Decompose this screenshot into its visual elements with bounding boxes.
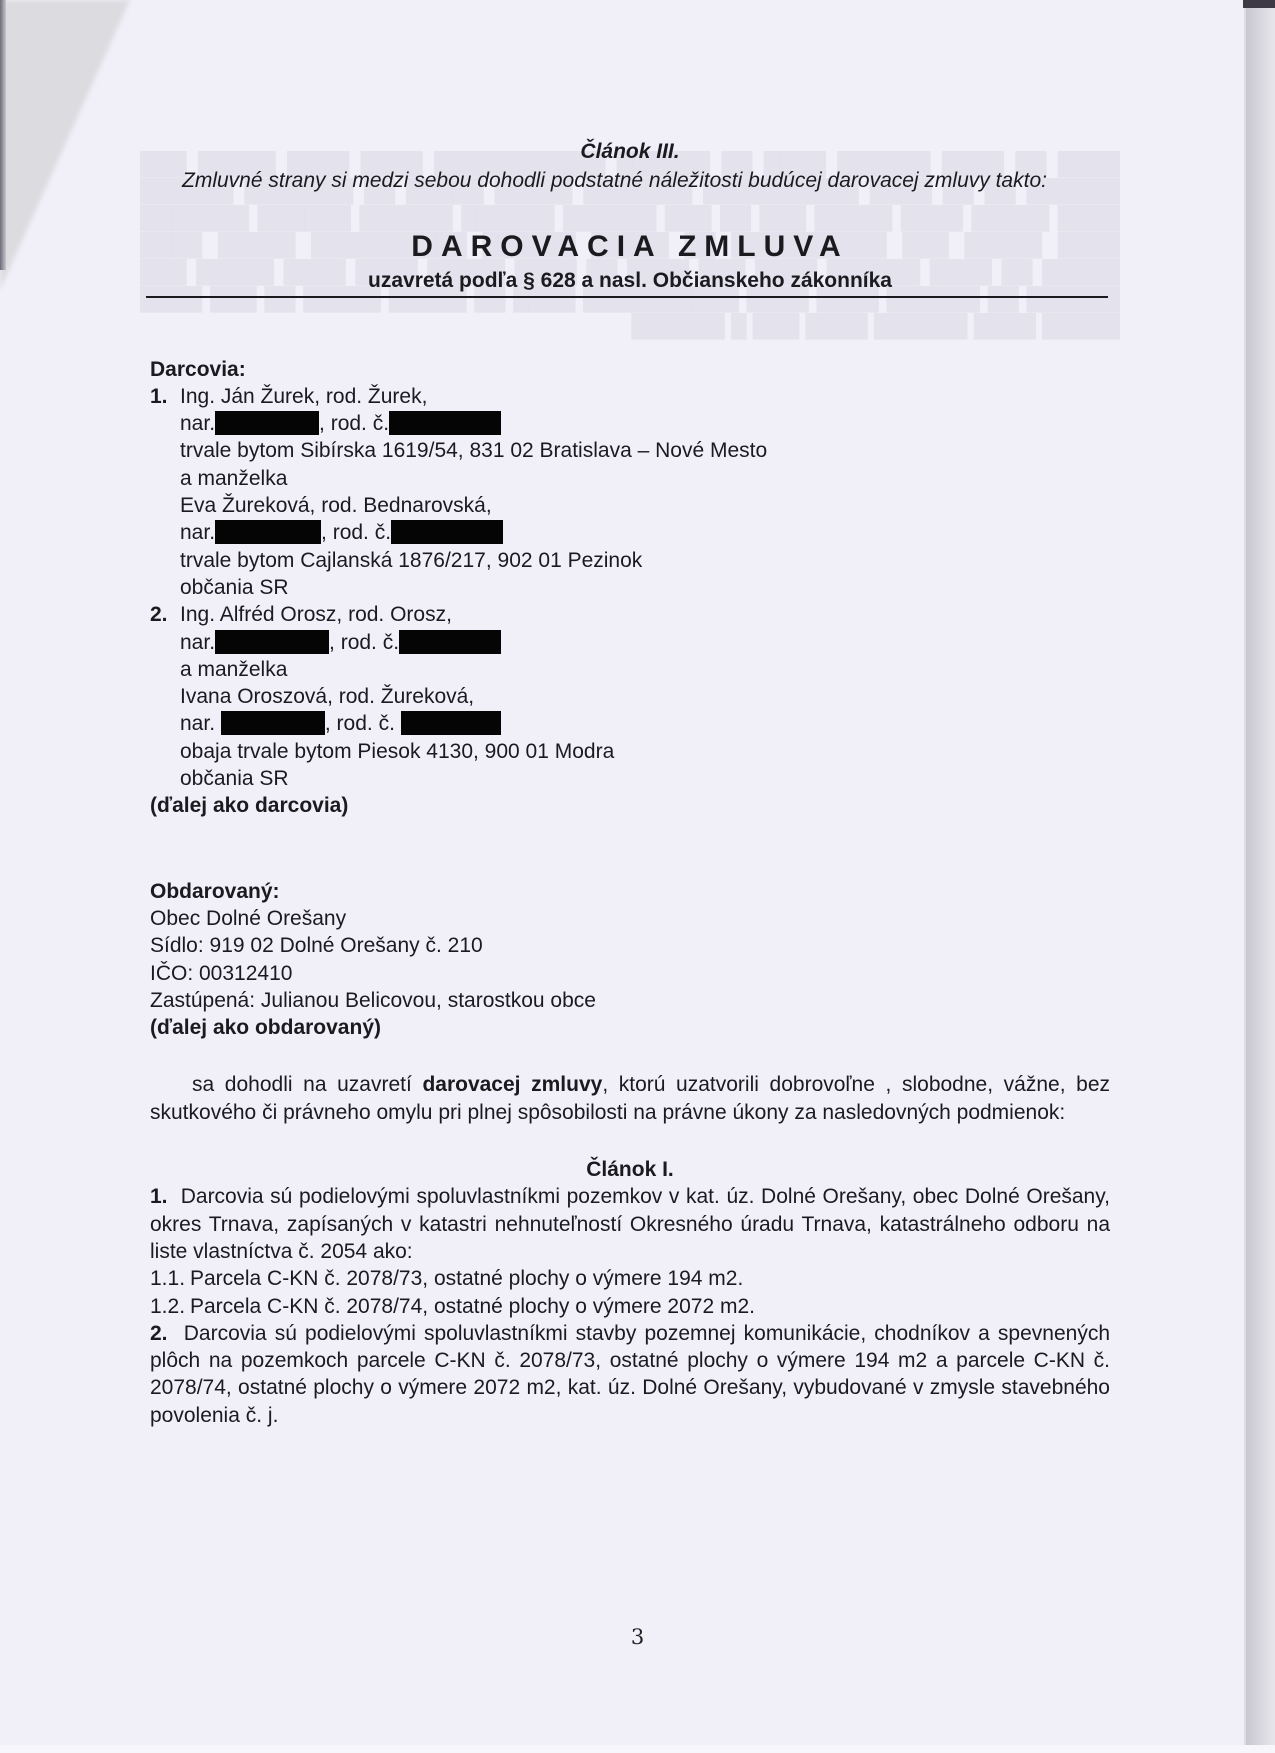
donor-name: Ing. Ján Žurek, rod. Žurek, <box>180 385 427 408</box>
donee-seat: Sídlo: 919 02 Dolné Orešany č. 210 <box>150 932 1110 959</box>
article-iii-intro: Zmluvné strany si medzi sebou dohodli po… <box>148 167 1110 194</box>
donor-party-1: 1.Ing. Ján Žurek, rod. Žurek, nar., rod.… <box>150 383 1110 601</box>
donor-party-2: 2.Ing. Alfréd Orosz, rod. Orosz, nar., r… <box>150 601 1110 792</box>
donee-label: Obdarovaný: <box>150 878 1110 905</box>
party-number: 2. <box>150 601 180 628</box>
citizenship: občania SR <box>150 765 1110 792</box>
folded-corner-shadow <box>0 0 130 290</box>
spouse-name: Eva Žureková, rod. Bednarovská, <box>150 492 1110 519</box>
contract-title-block: DAROVACIA ZMLUVA uzavretá podľa § 628 a … <box>150 229 1110 294</box>
donor-birth-line: nar., rod. č. <box>150 629 1110 656</box>
donor-name: Ing. Alfréd Orosz, rod. Orosz, <box>180 603 452 626</box>
citizenship: občania SR <box>150 574 1110 601</box>
scanner-edge-bottom <box>0 1745 1275 1753</box>
article-iii-heading: Článok III. <box>150 138 1110 165</box>
contract-title: DAROVACIA ZMLUVA <box>150 229 1110 265</box>
party-number: 1. <box>150 383 180 410</box>
article-i-point-1: 1. Darcovia sú podielovými spoluvlastník… <box>150 1183 1110 1265</box>
title-divider <box>146 296 1108 298</box>
spouse-name: Ivana Oroszová, rod. Žureková, <box>150 683 1110 710</box>
parcel-item: 1.2.Parcela C-KN č. 2078/74, ostatné plo… <box>150 1293 1110 1320</box>
donor-birth-line: nar., rod. č. <box>150 410 1110 437</box>
donors-label: Darcovia: <box>150 356 1110 383</box>
spouse-address: trvale bytom Cajlanská 1876/217, 902 01 … <box>150 547 1110 574</box>
contract-subtitle: uzavretá podľa § 628 a nasl. Občianskeho… <box>150 267 1110 294</box>
donee-closing: (ďalej ako obdarovaný) <box>150 1014 1110 1041</box>
page-number: 3 <box>0 1625 1246 1649</box>
article-i-point-2: 2. Darcovia sú podielovými spoluvlastník… <box>150 1320 1110 1429</box>
spouse-birth-line: nar., rod. č. <box>150 519 1110 546</box>
redaction-box <box>215 520 321 544</box>
redaction-box <box>221 711 325 735</box>
joint-address: obaja trvale bytom Piesok 4130, 900 01 M… <box>150 738 1110 765</box>
parcel-item: 1.1.Parcela C-KN č. 2078/73, ostatné plo… <box>150 1265 1110 1292</box>
redaction-box <box>399 630 501 654</box>
agreement-paragraph: sa dohodli na uzavretí darovacej zmluvy,… <box>150 1071 1110 1126</box>
donor-address: trvale bytom Sibírska 1619/54, 831 02 Br… <box>150 437 1110 464</box>
article-i-heading: Článok I. <box>150 1156 1110 1183</box>
agreement-emphasis: darovacej zmluvy <box>422 1073 602 1096</box>
redaction-box <box>401 711 501 735</box>
spouse-label: a manželka <box>150 465 1110 492</box>
redaction-box <box>215 630 329 654</box>
document-body: Článok III. Zmluvné strany si medzi sebo… <box>150 138 1110 1429</box>
spouse-label: a manželka <box>150 656 1110 683</box>
scanner-edge-right <box>1246 0 1275 1753</box>
redaction-box <box>389 411 501 435</box>
donee-ico: IČO: 00312410 <box>150 960 1110 987</box>
donors-closing: (ďalej ako darcovia) <box>150 792 1110 819</box>
donee-name: Obec Dolné Orešany <box>150 905 1110 932</box>
redaction-box <box>391 520 503 544</box>
redaction-box <box>215 411 319 435</box>
donee-represented: Zastúpená: Julianou Belicovou, starostko… <box>150 987 1110 1014</box>
scan-edge-shadow <box>0 0 6 270</box>
scanner-edge-corner <box>1243 0 1275 8</box>
scanned-page: ████ ██ ████ ██████ ████ ██ ██████ █████… <box>0 0 1246 1745</box>
spouse-birth-line: nar. , rod. č. <box>150 710 1110 737</box>
